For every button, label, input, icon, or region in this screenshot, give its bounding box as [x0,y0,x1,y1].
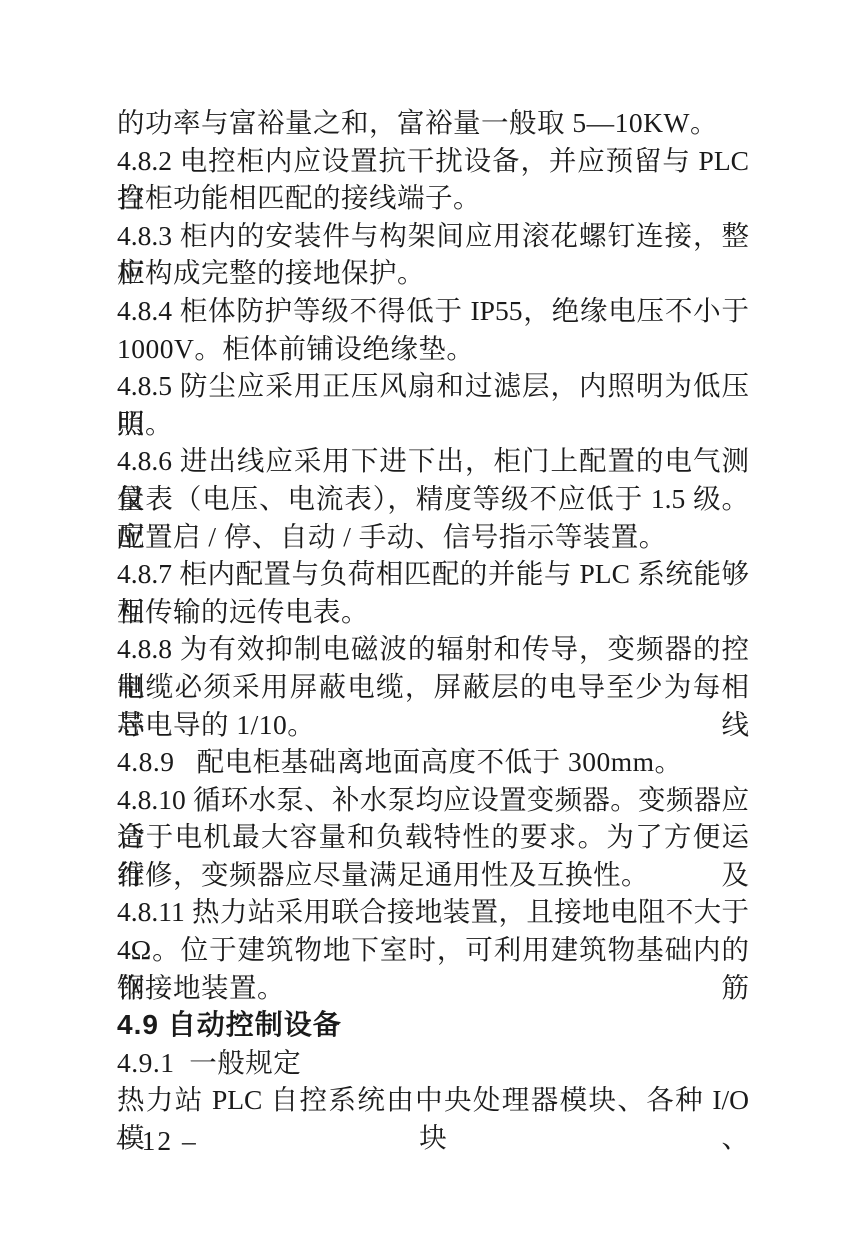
document-page: 的功率与富裕量之和，富裕量一般取 5—10KW。4.8.2 电控柜内应设置抗干扰… [0,0,857,1241]
text-line: 控柜功能相匹配的接线端子。 [117,179,749,217]
document-body: 的功率与富裕量之和，富裕量一般取 5—10KW。4.8.2 电控柜内应设置抗干扰… [117,104,749,1119]
text-line: 4.8.5 防尘应采用正压风扇和过滤层，内照明为低压照 [117,367,749,405]
text-line: 4.8.9 配电柜基础离地面高度不低于 300mm。 [117,743,749,781]
text-line: 4.8.4 柜体防护等级不得低于 IP55，绝缘电压不小于 [117,292,749,330]
text-line: 应构成完整的接地保护。 [117,254,749,292]
text-line: 1000V。柜体前铺设绝缘垫。 [117,330,749,368]
text-line: 4.8.2 电控柜内应设置抗干扰设备，并应预留与 PLC 自 [117,142,749,180]
text-line: 4.8.7 柜内配置与负荷相匹配的并能与 PLC 系统能够互 [117,555,749,593]
text-line: 的功率与富裕量之和，富裕量一般取 5—10KW。 [117,104,749,142]
text-line: 仪表（电压、电流表），精度等级不应低于 1.5 级。应 [117,480,749,518]
text-line: 4.9.1 一般规定 [117,1044,749,1082]
text-line: 4.8.11 热力站采用联合接地装置，且接地电阻不大于 [117,893,749,931]
text-line: 4.8.8 为有效抑制电磁波的辐射和传导，变频器的控制 [117,630,749,668]
text-line: 热力站 PLC 自控系统由中央处理器模块、各种 I/O 模块、 [117,1081,749,1119]
text-line: 明。 [117,405,749,443]
page-number: – 12 – [117,1122,198,1160]
text-line: 4Ω。位于建筑物地下室时，可利用建筑物基础内的钢筋 [117,931,749,969]
text-line: 合于电机最大容量和负载特性的要求。为了方便运行及 [117,818,749,856]
text-line: 配置启 / 停、自动 / 手动、信号指示等装置。 [117,518,749,556]
text-line: 4.8.3 柜内的安装件与构架间应用滚花螺钉连接，整柜 [117,217,749,255]
text-line: 电缆必须采用屏蔽电缆，屏蔽层的电导至少为每相导线 [117,668,749,706]
text-line: 4.8.10 循环水泵、补水泵均应设置变频器。变频器应适 [117,781,749,819]
text-line: 4.8.6 进出线应采用下进下出，柜门上配置的电气测量 [117,442,749,480]
section-heading: 4.9 自动控制设备 [117,1006,749,1044]
text-line: 相传输的远传电表。 [117,593,749,631]
